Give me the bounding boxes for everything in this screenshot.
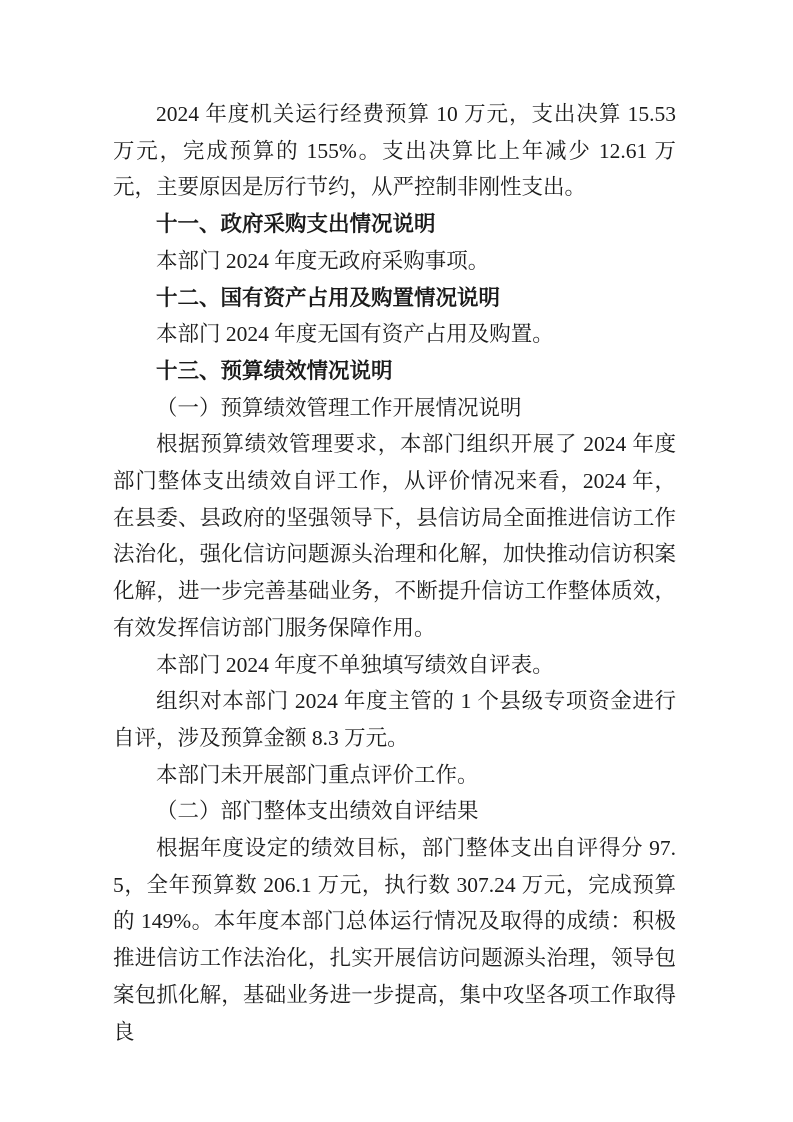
document-paragraph: 本部门 2024 年度无国有资产占用及购置。 — [113, 316, 676, 353]
section-heading: 十一、政府采购支出情况说明 — [113, 206, 676, 243]
sub-section-heading: （二）部门整体支出绩效自评结果 — [113, 793, 676, 830]
document-paragraph: 本部门未开展部门重点评价工作。 — [113, 757, 676, 794]
document-paragraph: 本部门 2024 年度无政府采购事项。 — [113, 243, 676, 280]
section-heading: 十二、国有资产占用及购置情况说明 — [113, 280, 676, 317]
section-heading: 十三、预算绩效情况说明 — [113, 353, 676, 390]
document-paragraph: 根据预算绩效管理要求，本部门组织开展了 2024 年度部门整体支出绩效自评工作，… — [113, 426, 676, 646]
document-paragraph: 根据年度设定的绩效目标，部门整体支出自评得分 97.5，全年预算数 206.1 … — [113, 830, 676, 1050]
document-paragraph: 2024 年度机关运行经费预算 10 万元，支出决算 15.53 万元，完成预算… — [113, 96, 676, 206]
sub-section-heading: （一）预算绩效管理工作开展情况说明 — [113, 390, 676, 427]
document-body: 2024 年度机关运行经费预算 10 万元，支出决算 15.53 万元，完成预算… — [113, 96, 676, 1050]
document-page: 2024 年度机关运行经费预算 10 万元，支出决算 15.53 万元，完成预算… — [0, 0, 793, 1122]
document-paragraph: 本部门 2024 年度不单独填写绩效自评表。 — [113, 647, 676, 684]
document-paragraph: 组织对本部门 2024 年度主管的 1 个县级专项资金进行自评，涉及预算金额 8… — [113, 683, 676, 756]
